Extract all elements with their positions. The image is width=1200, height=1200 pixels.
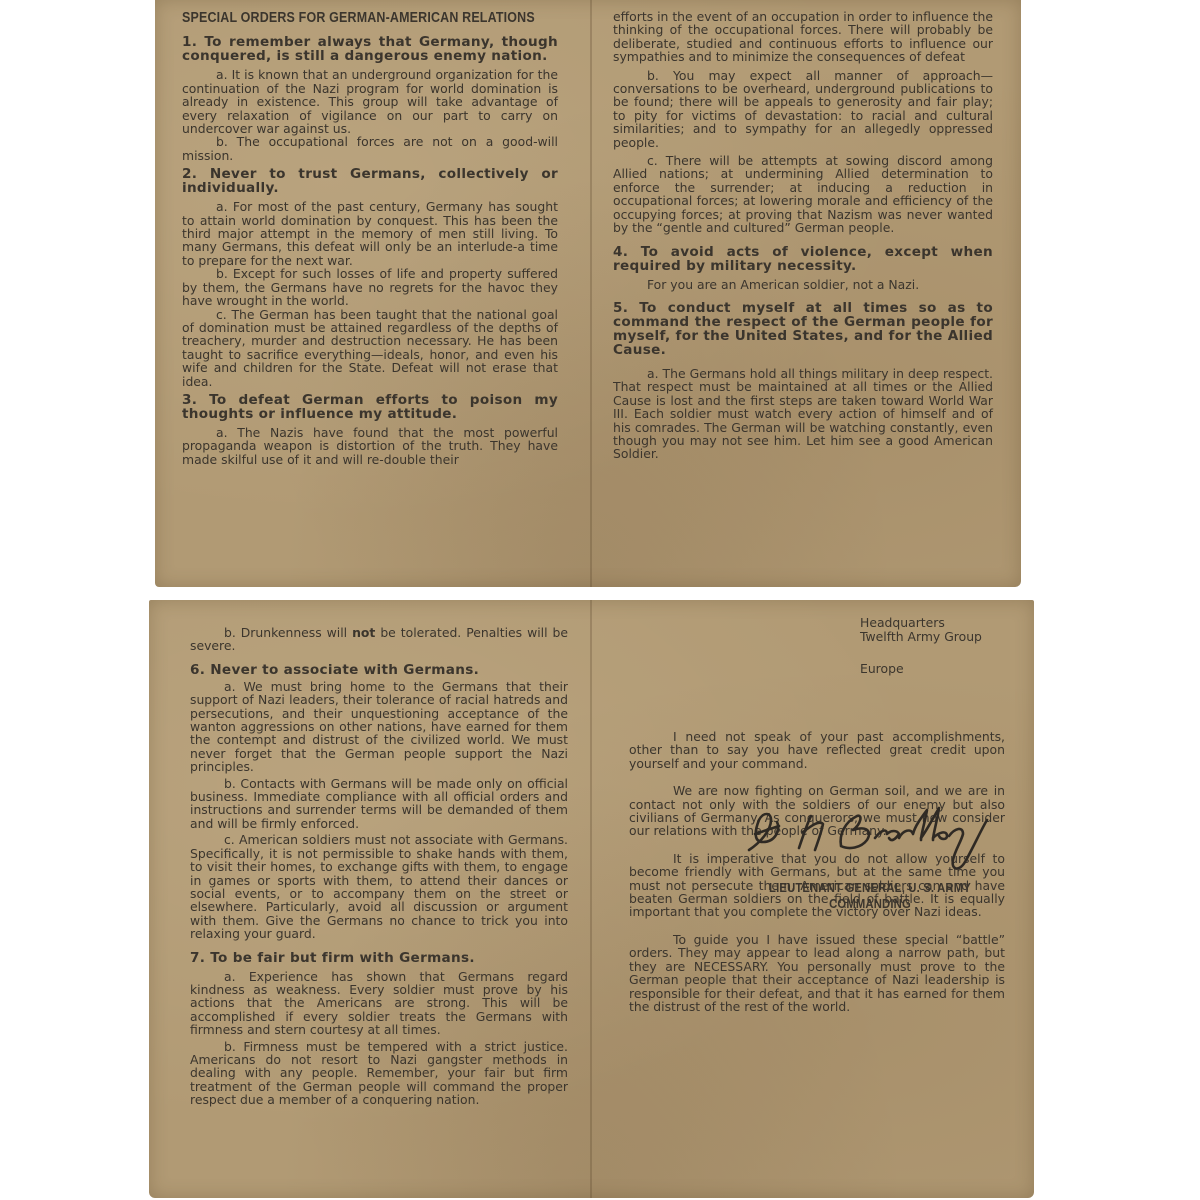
letter-paragraph-4: To guide you I have issued these special… (629, 933, 1005, 1013)
bottom-sheet: b. Drunkenness will not be tolerated. Pe… (149, 600, 1034, 1198)
order-2-c: c. The German has been taught that the n… (182, 308, 558, 388)
order-5-heading: 5. To conduct myself at all times so as … (613, 301, 993, 357)
page-top-left: SPECIAL ORDERS FOR GERMAN-AMERICAN RELAT… (182, 12, 558, 466)
order-3-a-continued: efforts in the event of an occupation in… (613, 10, 993, 64)
fold-line (590, 600, 592, 1198)
order-2-heading: 2. Never to trust Germans, collectively … (182, 167, 558, 195)
order-3-a-start: a. The Nazis have found that the most po… (182, 426, 558, 466)
order-3-b: b. You may expect all manner of approach… (613, 69, 993, 149)
order-1-b: b. The occupational forces are not on a … (182, 135, 558, 162)
page-bottom-left: b. Drunkenness will not be tolerated. Pe… (190, 626, 568, 1107)
order-6-b: b. Contacts with Germans will be made on… (190, 777, 568, 831)
order-7-heading: 7. To be fair but firm with Germans. (190, 951, 568, 965)
order-1-heading: 1. To remember always that Germany, thou… (182, 35, 558, 63)
signature-title-rank: LIEUTENANT GENERAL, U. S. ARMY (756, 880, 985, 895)
order-2-a: a. For most of the past century, Germany… (182, 200, 558, 267)
top-sheet: SPECIAL ORDERS FOR GERMAN-AMERICAN RELAT… (155, 0, 1021, 587)
signature-title-role: COMMANDING (756, 896, 985, 911)
order-5-a: a. The Germans hold all things military … (613, 367, 993, 461)
letterhead-location: Europe (860, 662, 1005, 676)
signature-bradley (741, 790, 1001, 875)
order-5-b-part-1: b. Drunkenness will (224, 625, 352, 640)
order-7-b: b. Firmness must be tempered with a stri… (190, 1040, 568, 1107)
page-top-right: efforts in the event of an occupation in… (613, 10, 993, 461)
order-5-b-emphasis: not (352, 625, 375, 640)
letterhead-army-group: Twelfth Army Group (860, 630, 1005, 644)
order-5-b: b. Drunkenness will not be tolerated. Pe… (190, 626, 568, 653)
order-6-heading: 6. Never to associate with Germans. (190, 663, 568, 677)
order-6-a: a. We must bring home to the Germans tha… (190, 680, 568, 774)
document-title: SPECIAL ORDERS FOR GERMAN-AMERICAN RELAT… (182, 12, 505, 25)
order-3-c: c. There will be attempts at sowing disc… (613, 154, 993, 234)
order-2-b: b. Except for such losses of life and pr… (182, 267, 558, 307)
letter-paragraph-1: I need not speak of your past accomplish… (629, 730, 1005, 770)
order-4-heading: 4. To avoid acts of violence, except whe… (613, 245, 993, 273)
order-1-a: a. It is known that an underground organ… (182, 68, 558, 135)
fold-line (590, 0, 592, 587)
letterhead-headquarters: Headquarters (860, 616, 1005, 630)
order-3-heading: 3. To defeat German efforts to poison my… (182, 393, 558, 421)
order-7-a: a. Experience has shown that Germans reg… (190, 970, 568, 1037)
order-4-text: For you are an American soldier, not a N… (613, 278, 993, 291)
order-6-c: c. American soldiers must not associate … (190, 833, 568, 940)
